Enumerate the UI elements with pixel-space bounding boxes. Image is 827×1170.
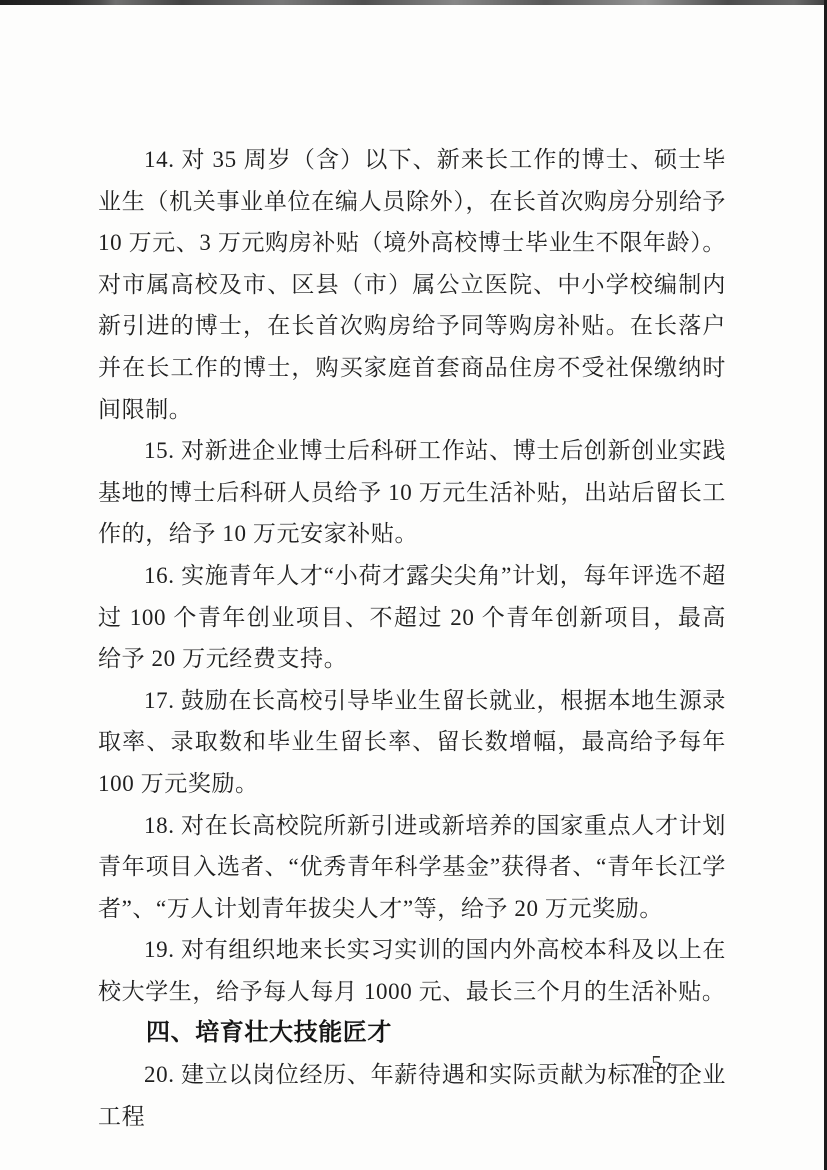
paragraph-16: 16. 实施青年人才“小荷才露尖尖角”计划，每年评选不超过 100 个青年创业项… — [98, 555, 726, 680]
scan-artifact-top-band — [0, 0, 827, 5]
paragraph-17: 17. 鼓励在长高校引导毕业生留长就业，根据本地生源录取率、录取数和毕业生留长率… — [98, 680, 726, 805]
paragraph-14: 14. 对 35 周岁（含）以下、新来长工作的博士、硕士毕业生（机关事业单位在编… — [98, 139, 726, 430]
document-body: 14. 对 35 周岁（含）以下、新来长工作的博士、硕士毕业生（机关事业单位在编… — [98, 139, 726, 1137]
paragraph-18: 18. 对在长高校院所新引进或新培养的国家重点人才计划青年项目入选者、“优秀青年… — [98, 805, 726, 930]
page-number: — 5 — — [621, 1051, 694, 1076]
paragraph-19: 19. 对有组织地来长实习实训的国内外高校本科及以上在校大学生，给予每人每月 1… — [98, 929, 726, 1012]
paragraph-15: 15. 对新进企业博士后科研工作站、博士后创新创业实践基地的博士后科研人员给予 … — [98, 430, 726, 555]
section-heading-4: 四、培育壮大技能匠才 — [98, 1012, 726, 1054]
